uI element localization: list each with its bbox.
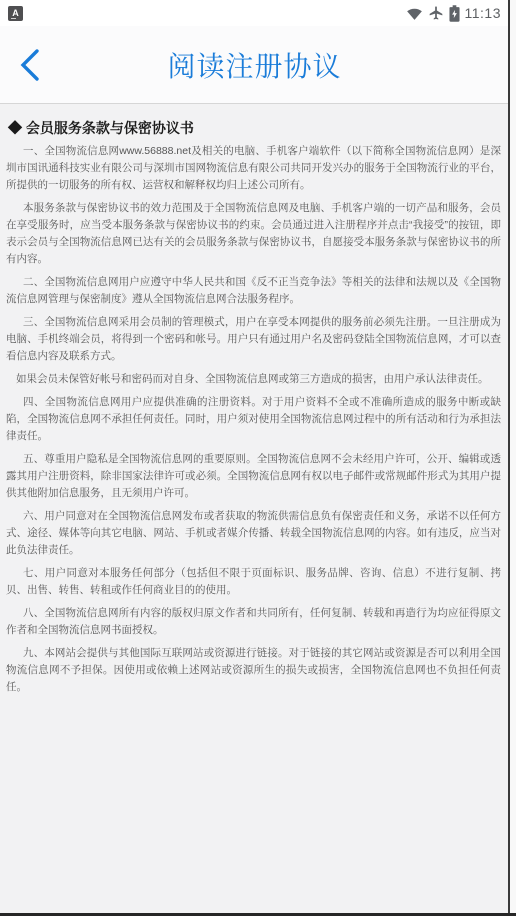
notification-app-badge: A xyxy=(8,6,23,21)
agreement-paragraph: 三、全国物流信息网采用会员制的管理模式，用户在享受本网提供的服务前必须先注册。一… xyxy=(6,314,501,365)
agreement-paragraph: 九、本网站会提供与其他国际互联网站或资源进行链接。对于链接的其它网站或资源是否可… xyxy=(6,645,501,696)
agreement-paragraph: 四、全国物流信息网用户应提供准确的注册资料。对于用户资料不全或不准确所造成的服务… xyxy=(6,394,501,445)
chevron-left-icon xyxy=(19,48,41,85)
airplane-icon xyxy=(428,5,444,21)
window-border-right xyxy=(508,0,510,916)
agreement-heading: ◆ 会员服务条款与保密协议书 xyxy=(8,119,503,137)
agreement-paragraph: 如果会员未保管好帐号和密码而对自身、全国物流信息网或第三方造成的损害，由用户承认… xyxy=(6,371,501,388)
window-edge-gutter xyxy=(509,0,516,916)
agreement-paragraph: 本服务条款与保密协议书的效力范围及于全国物流信息网及电脑、手机客户端的一切产品和… xyxy=(6,200,501,268)
wifi-icon xyxy=(406,6,423,21)
status-time: 11:13 xyxy=(465,5,502,21)
agreement-paragraph: 七、用户同意对本服务任何部分（包括但不限于页面标识、服务品牌、咨询、信息）不进行… xyxy=(6,565,501,599)
agreement-paragraph: 二、全国物流信息网用户应遵守中华人民共和国《反不正当竞争法》等相关的法律和法规以… xyxy=(6,274,501,308)
header: 阅读注册协议 xyxy=(0,26,509,104)
agreement-paragraph: 五、尊重用户隐私是全国物流信息网的重要原则。全国物流信息网不会未经用户许可，公开… xyxy=(6,451,501,502)
agreement-scroll-area[interactable]: ◆ 会员服务条款与保密协议书 一、全国物流信息网www.56888.net及相关… xyxy=(0,105,509,913)
agreement-paragraph: 六、用户同意对在全国物流信息网发布或者获取的物流供需信息负有保密责任和义务，承诺… xyxy=(6,508,501,559)
agreement-paragraph: 八、全国物流信息网所有内容的版权归原文作者和共同所有，任何复制、转载和再造行为均… xyxy=(6,605,501,639)
app-screen: A 11:13 xyxy=(0,0,516,916)
battery-charging-icon xyxy=(449,5,460,22)
status-bar-right: 11:13 xyxy=(406,5,502,22)
status-bar: A 11:13 xyxy=(0,0,509,26)
agreement-body: 一、全国物流信息网www.56888.net及相关的电脑、手机客户端软件（以下简… xyxy=(4,143,503,696)
page-title: 阅读注册协议 xyxy=(167,45,341,85)
back-button[interactable] xyxy=(12,48,48,84)
agreement-paragraph: 一、全国物流信息网www.56888.net及相关的电脑、手机客户端软件（以下简… xyxy=(6,143,501,194)
